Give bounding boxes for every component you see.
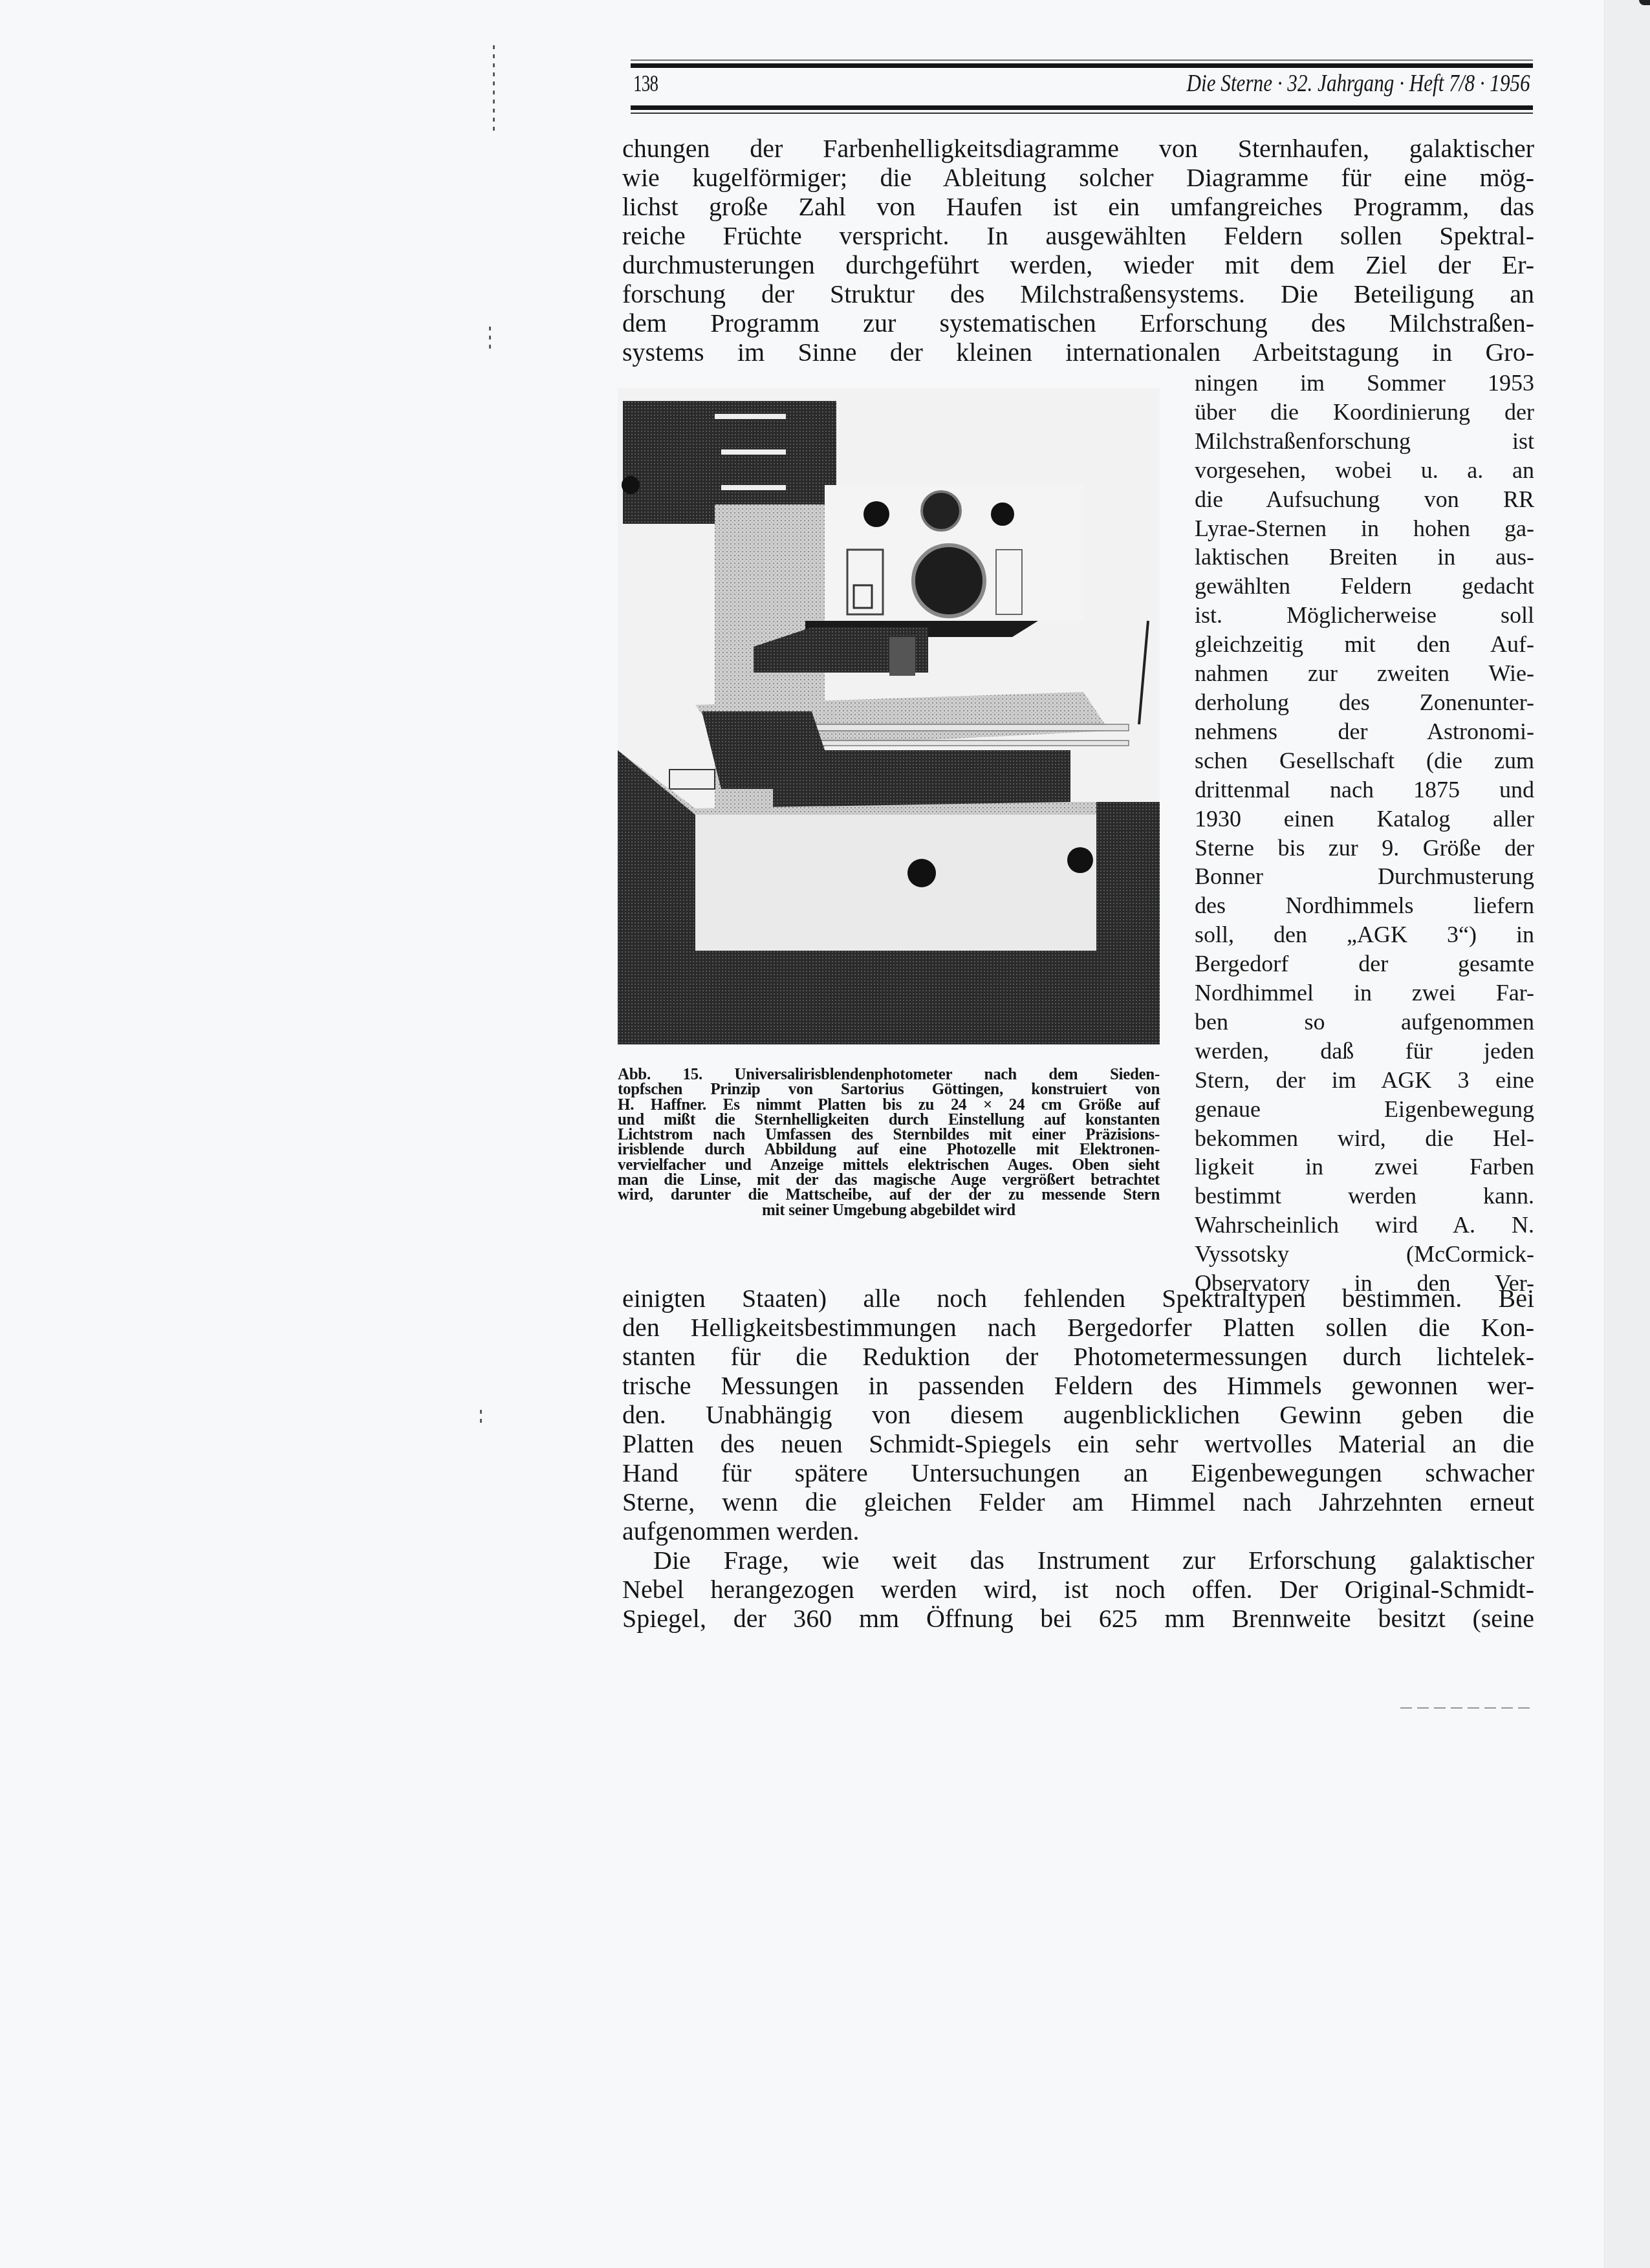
caption-line: topfschen Prinzip von Sartorius Göttinge… [618, 1082, 1160, 1097]
text-line: Milchstraßenforschung ist [1195, 427, 1534, 456]
caption-line: man die Linse, mit der das magische Auge… [618, 1172, 1160, 1187]
text-line: stanten für die Reduktion der Photometer… [622, 1342, 1534, 1371]
caption-line: wird, darunter die Mattscheibe, auf der … [618, 1187, 1160, 1202]
body-text-top: chungen der Farbenhelligkeitsdiagramme v… [622, 134, 1534, 367]
text-line: Sterne bis zur 9. Größe der [1195, 834, 1534, 863]
caption-line: und mißt die Sternhelligkeiten durch Ein… [618, 1112, 1160, 1127]
text-line: Stern, der im AGK 3 eine [1195, 1066, 1534, 1095]
text-line: gleichzeitig mit den Auf- [1195, 630, 1534, 659]
paragraph-start-line: Die Frage, wie weit das Instrument zur E… [622, 1546, 1534, 1575]
text-line: soll, den „AGK 3“) in [1195, 920, 1534, 949]
header-rule-top-thick [631, 63, 1533, 68]
text-line: Nordhimmel in zwei Far- [1195, 978, 1534, 1008]
text-line: Wahrscheinlich wird A. N. [1195, 1211, 1534, 1240]
text-line: schen Gesellschaft (die zum [1195, 746, 1534, 775]
scan-dash-bottom-right [1400, 1707, 1530, 1709]
caption-line: Lichtstrom nach Umfassen des Sternbildes… [618, 1127, 1160, 1142]
text-line: des Nordhimmels liefern [1195, 891, 1534, 920]
text-line: reiche Früchte verspricht. In ausgewählt… [622, 221, 1534, 250]
text-line: 1930 einen Katalog aller [1195, 805, 1534, 834]
photometer-photo-icon [618, 388, 1160, 1044]
caption-line: mit seiner Umgebung abgebildet wird [618, 1203, 1160, 1218]
caption-line: vervielfacher und Anzeige mittels elektr… [618, 1158, 1160, 1172]
text-line: derholung des Zonenunter- [1195, 688, 1534, 717]
text-line: aufgenommen werden. [622, 1517, 1534, 1546]
text-line: die Aufsuchung von RR [1195, 485, 1534, 514]
header-rule-bottom-thick [631, 105, 1533, 110]
body-text-bottom: einigten Staaten) alle noch fehlenden Sp… [622, 1284, 1534, 1633]
scanned-page: 138 Die Sterne · 32. Jahrgang · Heft 7/8… [0, 0, 1604, 2268]
text-line: Platten des neuen Schmidt-Spiegels ein s… [622, 1429, 1534, 1458]
text-line: lichst große Zahl von Haufen ist ein umf… [622, 192, 1534, 221]
caption-line: Abb. 15. Universalirisblendenphotometer … [618, 1067, 1160, 1082]
text-line: ben so aufgenommen [1195, 1008, 1534, 1037]
text-line: systems im Sinne der kleinen internation… [622, 338, 1534, 367]
text-line: laktischen Breiten in aus- [1195, 543, 1534, 572]
text-line: ningen im Sommer 1953 [1195, 369, 1534, 398]
text-line: genaue Eigenbewegung [1195, 1095, 1534, 1124]
text-line: ist. Möglicherweise soll [1195, 601, 1534, 630]
body-text-right-column: ningen im Sommer 1953 über die Koordinie… [1195, 369, 1534, 1298]
text-line: Lyrae-Sternen in hohen ga- [1195, 514, 1534, 543]
text-line: trische Messungen in passenden Feldern d… [622, 1371, 1534, 1400]
figure-caption: Abb. 15. Universalirisblendenphotometer … [618, 1067, 1160, 1218]
caption-line: H. Haffner. Es nimmt Platten bis zu 24 ×… [618, 1097, 1160, 1112]
text-line: den. Unabhängig von diesem augenblicklic… [622, 1400, 1534, 1429]
caption-line: irisblende durch Abbildung auf eine Phot… [618, 1142, 1160, 1157]
text-line: Spiegel, der 360 mm Öffnung bei 625 mm B… [622, 1604, 1534, 1633]
text-line: werden, daß für jeden [1195, 1037, 1534, 1066]
journal-title-line: Die Sterne · 32. Jahrgang · Heft 7/8 · 1… [1187, 69, 1530, 98]
text-line: dem Programm zur systematischen Erforsch… [622, 308, 1534, 338]
text-line: bekommen wird, die Hel- [1195, 1124, 1534, 1153]
scan-corner-shadow [1639, 0, 1650, 5]
text-line: ligkeit in zwei Farben [1195, 1152, 1534, 1182]
text-line: Vyssotsky (McCormick- [1195, 1240, 1534, 1269]
running-header: 138 Die Sterne · 32. Jahrgang · Heft 7/8… [631, 59, 1533, 114]
text-line: durchmusterungen durchgeführt werden, wi… [622, 250, 1534, 279]
text-line: chungen der Farbenhelligkeitsdiagramme v… [622, 134, 1534, 163]
text-line: Bergedorf der gesamte [1195, 949, 1534, 978]
text-line: nahmen zur zweiten Wie- [1195, 659, 1534, 688]
text-line: Nebel herangezogen werden wird, ist noch… [622, 1575, 1534, 1604]
text-line: gewählten Feldern gedacht [1195, 572, 1534, 601]
page-number: 138 [633, 70, 658, 97]
header-rule-bottom-thin [631, 113, 1533, 114]
figure-photometer-photo [618, 388, 1160, 1044]
text-line: wie kugelförmiger; die Ableitung solcher… [622, 163, 1534, 192]
text-line: Bonner Durchmusterung [1195, 862, 1534, 891]
text-line: bestimmt werden kann. [1195, 1182, 1534, 1211]
scan-mark-left-mid [489, 327, 491, 352]
text-line: forschung der Struktur des Milchstraßens… [622, 279, 1534, 308]
scan-mark-left-top [493, 45, 495, 136]
text-line: den Helligkeitsbestimmungen nach Bergedo… [622, 1313, 1534, 1342]
text-line: Hand für spätere Untersuchungen an Eigen… [622, 1458, 1534, 1487]
scan-mark-left-low [480, 1410, 482, 1424]
scan-background-edge [1604, 0, 1650, 2268]
text-line: über die Koordinierung der [1195, 398, 1534, 427]
text-line: drittenmal nach 1875 und [1195, 775, 1534, 805]
text-line: Sterne, wenn die gleichen Felder am Himm… [622, 1487, 1534, 1517]
text-line: vorgesehen, wobei u. a. an [1195, 456, 1534, 485]
text-line: nehmens der Astronomi- [1195, 717, 1534, 746]
text-line: einigten Staaten) alle noch fehlenden Sp… [622, 1284, 1534, 1313]
header-rule-top-thin [631, 59, 1533, 61]
